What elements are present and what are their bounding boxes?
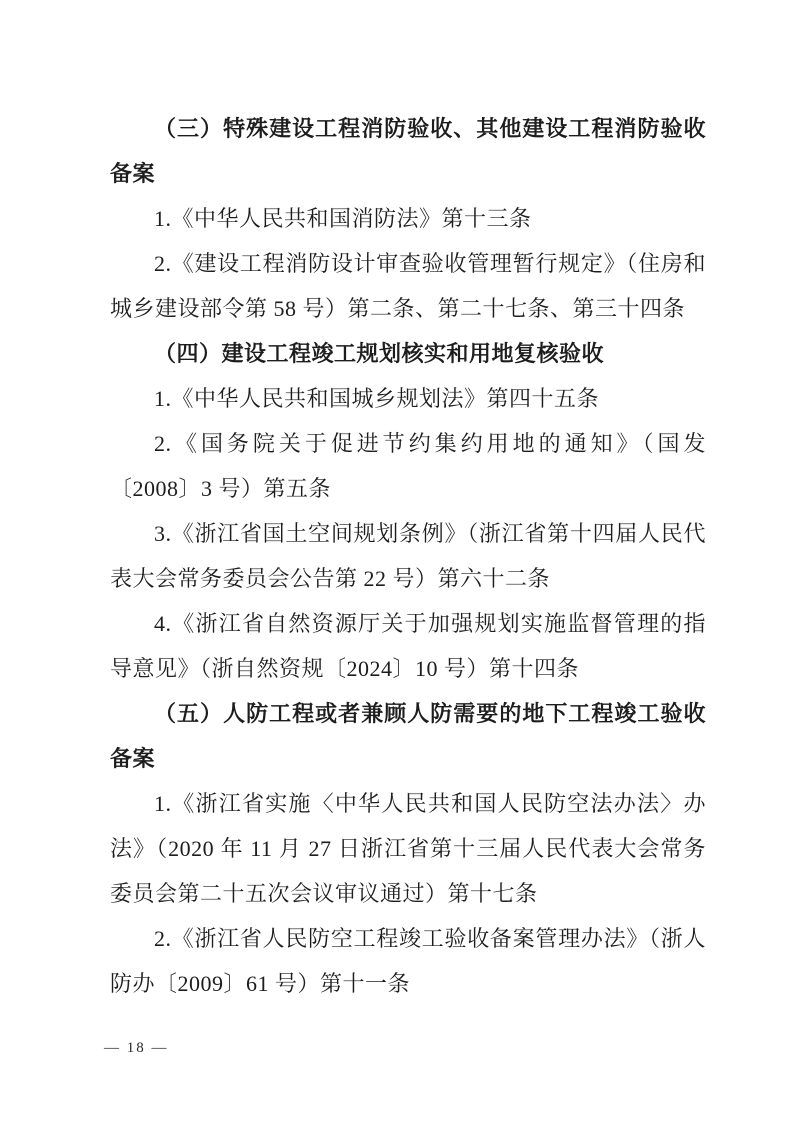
page-number: — 18 — (104, 1040, 169, 1057)
legal-basis-item: 4.《浙江省自然资源厅关于加强规划实施监督管理的指导意见》（浙自然资规〔2024… (110, 601, 706, 691)
document-page: （三）特殊建设工程消防验收、其他建设工程消防验收备案 1.《中华人民共和国消防法… (0, 0, 800, 1131)
legal-basis-item: 1.《中华人民共和国城乡规划法》第四十五条 (110, 376, 706, 421)
legal-basis-item: 2.《建设工程消防设计审查验收管理暂行规定》（住房和城乡建设部令第 58 号）第… (110, 241, 706, 331)
legal-basis-item: 1.《浙江省实施〈中华人民共和国人民防空法办法〉办法》（2020 年 11 月 … (110, 781, 706, 916)
legal-basis-item: 1.《中华人民共和国消防法》第十三条 (110, 196, 706, 241)
legal-basis-item: 3.《浙江省国土空间规划条例》（浙江省第十四届人民代表大会常务委员会公告第 22… (110, 511, 706, 601)
document-body: （三）特殊建设工程消防验收、其他建设工程消防验收备案 1.《中华人民共和国消防法… (110, 106, 706, 1006)
section-heading-5: （五）人防工程或者兼顾人防需要的地下工程竣工验收备案 (110, 691, 706, 781)
section-heading-4: （四）建设工程竣工规划核实和用地复核验收 (110, 331, 706, 376)
section-heading-3: （三）特殊建设工程消防验收、其他建设工程消防验收备案 (110, 106, 706, 196)
legal-basis-item: 2.《浙江省人民防空工程竣工验收备案管理办法》（浙人防办〔2009〕61 号）第… (110, 916, 706, 1006)
legal-basis-item: 2.《国务院关于促进节约集约用地的通知》（国发〔2008〕3 号）第五条 (110, 421, 706, 511)
